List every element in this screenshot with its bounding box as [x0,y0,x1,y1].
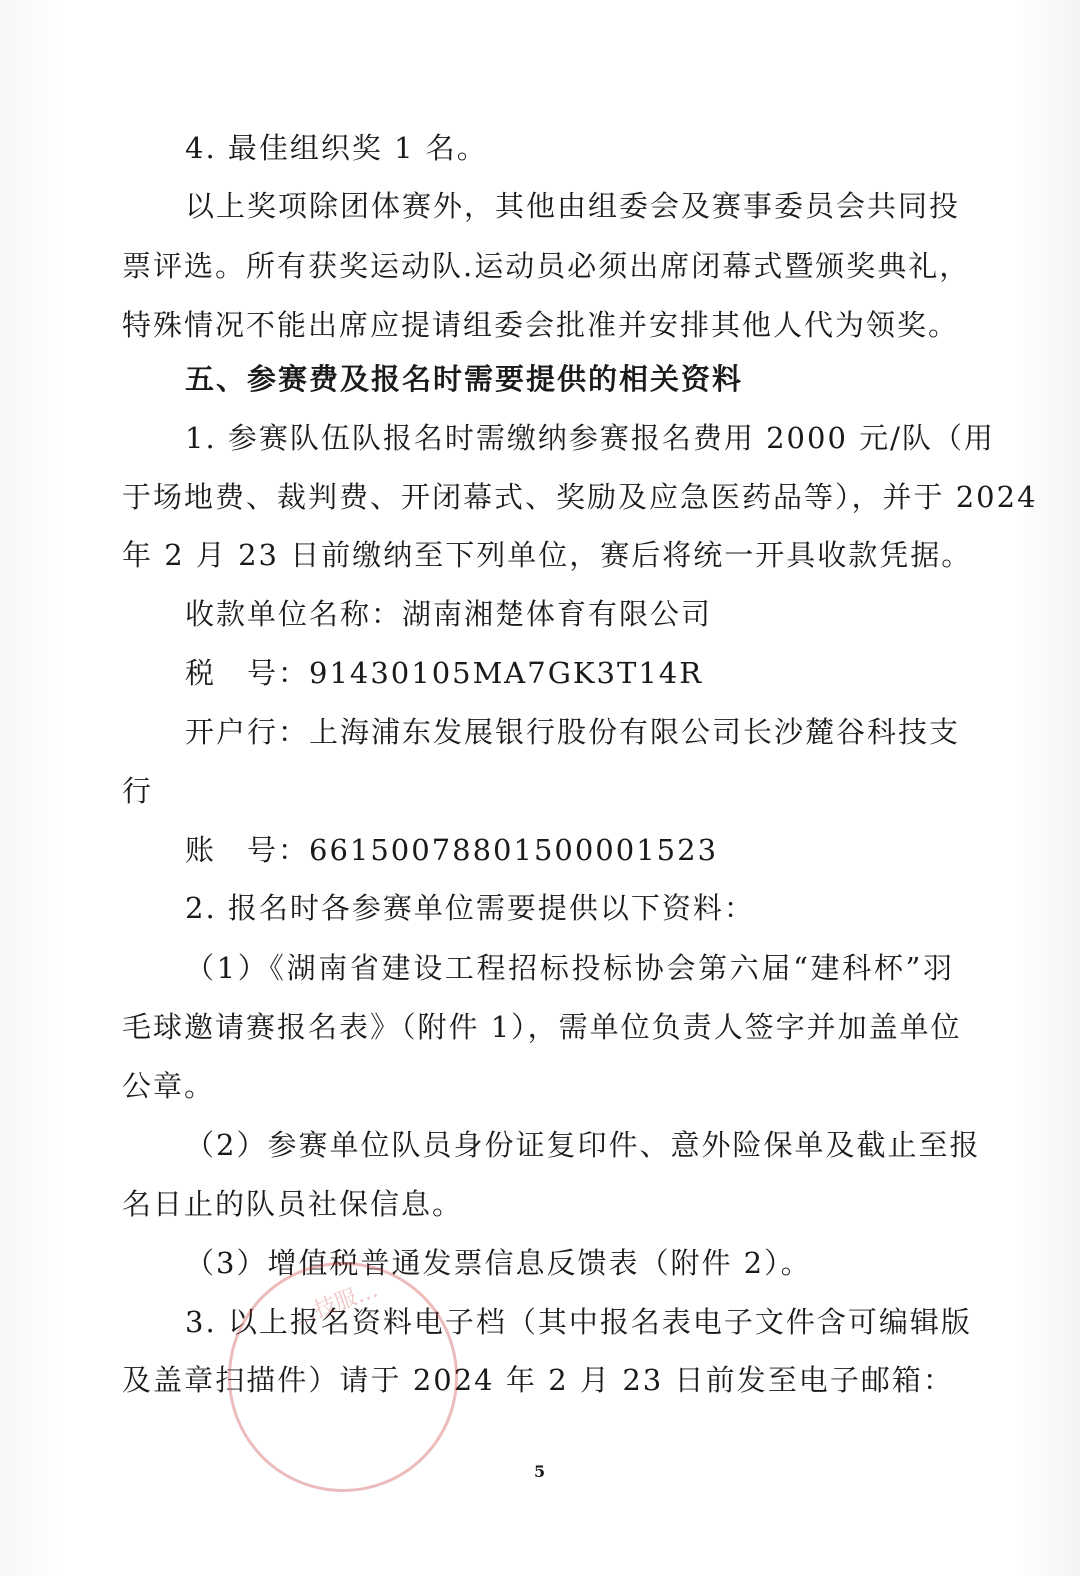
award-item-4: 4. 最佳组织奖 1 名。 [185,130,488,166]
paragraph-line: 公章。 [122,1068,215,1104]
paragraph-line: （3）增值税普通发票信息反馈表（附件 2）。 [185,1245,812,1281]
bank-name-cont: 行 [122,773,153,809]
tax-number: 税 号：91430105MA7GK3T14R [185,655,703,691]
page-number: 5 [534,1462,545,1481]
paragraph-line: 1. 参赛队伍队报名时需缴纳参赛报名费用 2000 元/队（用 [185,420,954,456]
official-seal-stamp: …技服… [228,1262,458,1492]
section-heading: 五、参赛费及报名时需要提供的相关资料 [185,361,743,397]
payee-name: 收款单位名称：湖南湘楚体育有限公司 [185,596,712,632]
paragraph-line: （1）《湖南省建设工程招标投标协会第六届“建科杯”羽 [185,950,954,986]
paragraph-line: （2）参赛单位队员身份证复印件、意外险保单及截止至报 [185,1127,954,1163]
paragraph-line: 票评选。所有获奖运动队.运动员必须出席闭幕式暨颁奖典礼， [122,248,954,284]
paragraph-line: 特殊情况不能出席应提请组委会批准并安排其他人代为领奖。 [122,307,954,343]
bank-name: 开户行：上海浦东发展银行股份有限公司长沙麓谷科技支 [185,714,954,750]
paragraph-line: 年 2 月 23 日前缴纳至下列单位，赛后将统一开具收款凭据。 [122,537,972,573]
paragraph-line: 以上奖项除团体赛外，其他由组委会及赛事委员会共同投 [185,188,954,224]
paragraph-line: 于场地费、裁判费、开闭幕式、奖励及应急医药品等），并于 2024 [122,479,954,515]
paragraph-line: 名日止的队员社保信息。 [122,1186,463,1222]
account-number: 账 号：66150078801500001523 [185,832,718,868]
document-page: 4. 最佳组织奖 1 名。 以上奖项除团体赛外，其他由组委会及赛事委员会共同投 … [0,0,1080,1576]
paragraph-line: 毛球邀请赛报名表》（附件 1），需单位负责人签字并加盖单位 [122,1009,954,1045]
paragraph-line: 2. 报名时各参赛单位需要提供以下资料： [185,890,755,926]
seal-text: …技服… [288,1273,381,1332]
